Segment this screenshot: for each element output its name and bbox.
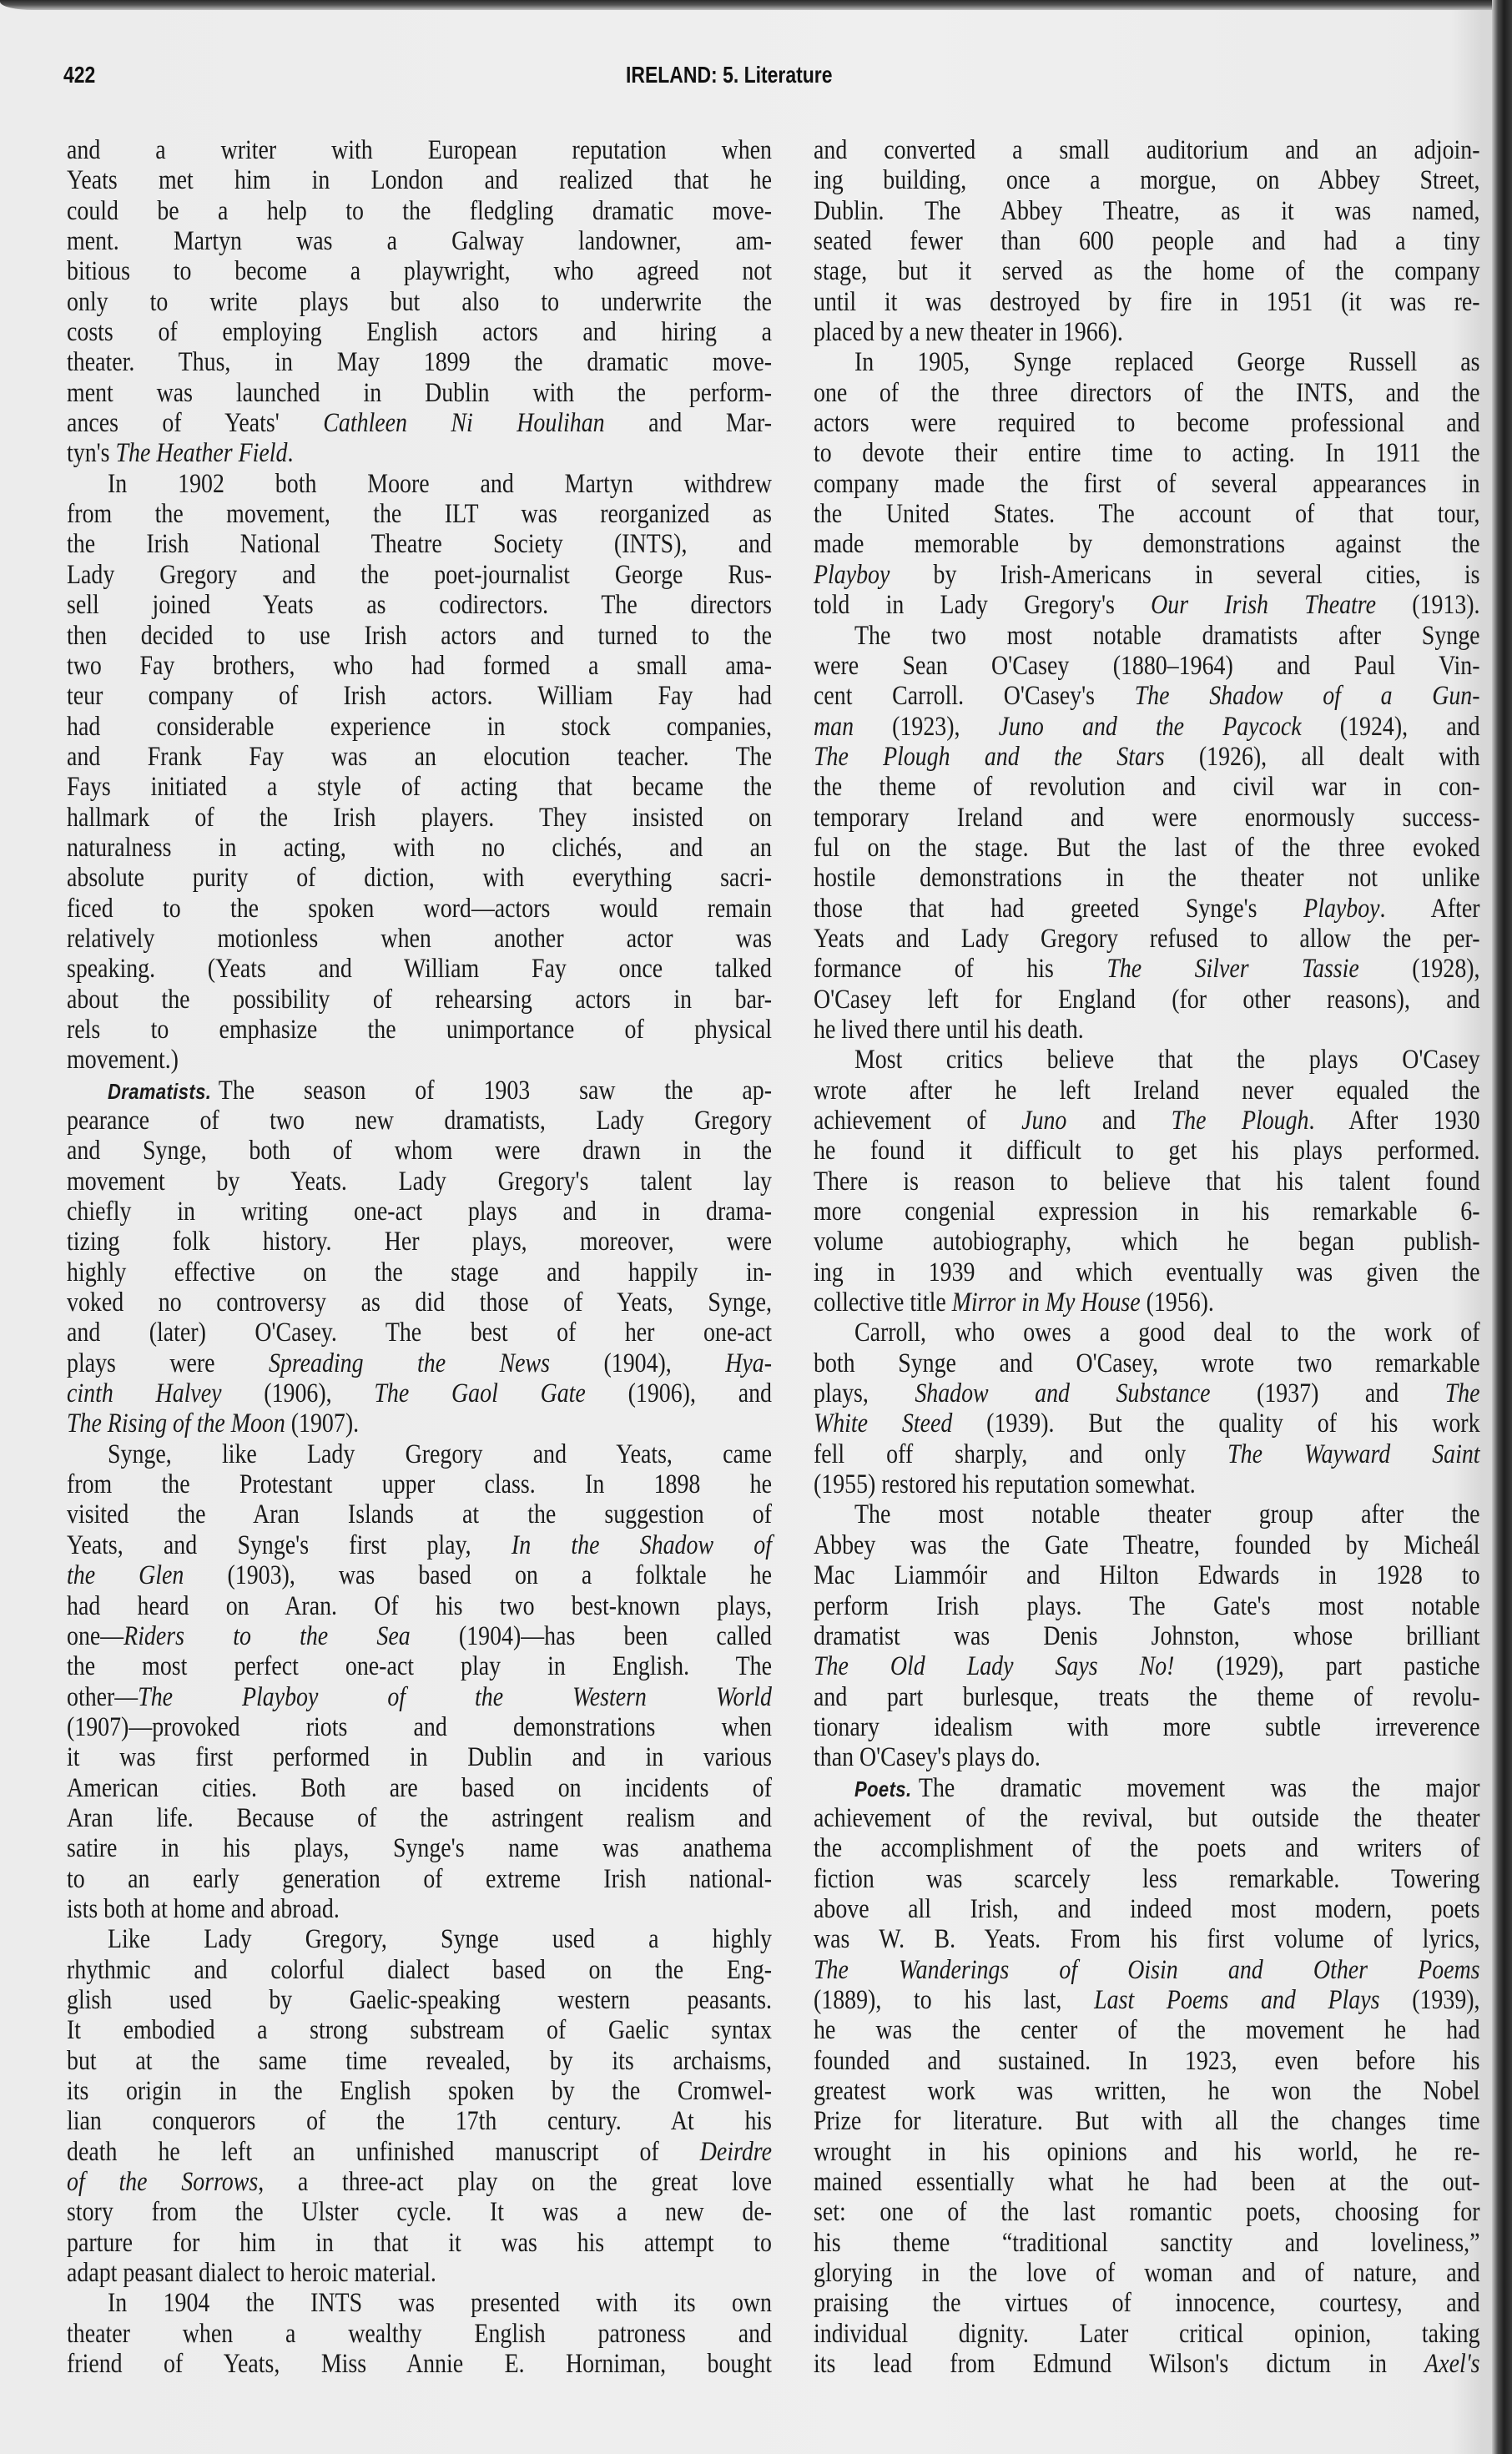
- text-line: tizing folk history. Her plays, moreover…: [67, 1227, 772, 1257]
- text-line: and Synge, both of whom were drawn in th…: [67, 1136, 772, 1166]
- text-line: hostile demonstrations in the theater no…: [814, 863, 1480, 893]
- text-line: and converted a small auditorium and an …: [814, 135, 1480, 165]
- text-line: It embodied a strong substream of Gaelic…: [67, 2015, 772, 2045]
- text-run: other—: [67, 1682, 138, 1712]
- text-line: formance of his The Silver Tassie (1928)…: [814, 954, 1480, 984]
- text-run: ment. Martyn was a Galway landowner, am-: [67, 226, 772, 256]
- text-line: glish used by Gaelic-speaking western pe…: [67, 1985, 772, 2015]
- text-line: made memorable by demonstrations against…: [814, 529, 1480, 559]
- text-line: plays were Spreading the News (1904), Hy…: [67, 1348, 772, 1378]
- text-line: theater. Thus, in May 1899 the dramatic …: [67, 347, 772, 377]
- text-run: The most notable theater group after the: [854, 1499, 1480, 1529]
- italic-title: Playboy: [1303, 894, 1379, 924]
- text-line: ing building, once a morgue, on Abbey St…: [814, 165, 1480, 195]
- text-run: tionary idealism with more subtle irreve…: [814, 1712, 1480, 1742]
- text-run: he lived there until his death.: [814, 1015, 1084, 1045]
- italic-title: The: [1445, 1378, 1480, 1408]
- italic-title: Mirror in My House: [952, 1287, 1141, 1318]
- text-run: achievement of the revival, but outside …: [814, 1803, 1480, 1833]
- text-line: hallmark of the Irish players. They insi…: [67, 803, 772, 833]
- text-line: theater when a wealthy English patroness…: [67, 2319, 772, 2349]
- text-line: glorying in the love of woman and of nat…: [814, 2258, 1480, 2288]
- text-line: movement by Yeats. Lady Gregory's talent…: [67, 1167, 772, 1197]
- text-run: (1926), all dealt with: [1165, 742, 1480, 772]
- text-run: his theme “traditional sanctity and love…: [814, 2228, 1480, 2258]
- text-line: above all Irish, and indeed most modern,…: [814, 1894, 1480, 1924]
- text-line: the Irish National Theatre Society (INTS…: [67, 529, 772, 559]
- text-run: visited the Aran Islands at the suggesti…: [67, 1499, 772, 1529]
- italic-title: Last Poems and Plays: [1094, 1985, 1379, 2015]
- text-line: stage, but it served as the home of the …: [814, 256, 1480, 286]
- text-line: of the Sorrows, a three-act play on the …: [67, 2167, 772, 2197]
- text-run: sell joined Yeats as codirectors. The di…: [67, 590, 772, 620]
- text-line: told in Lady Gregory's Our Irish Theatre…: [814, 590, 1480, 620]
- text-line: ficed to the spoken word—actors would re…: [67, 894, 772, 924]
- italic-title: The Shadow of a Gun-: [1135, 681, 1480, 711]
- italic-title: The Old Lady Says No!: [814, 1651, 1174, 1681]
- italic-title: Riders to the Sea: [123, 1621, 411, 1651]
- text-run: story from the Ulster cycle. It was a ne…: [67, 2197, 772, 2227]
- text-run: death he left an unfinished manuscript o…: [67, 2137, 700, 2167]
- text-run: had considerable experience in stock com…: [67, 712, 772, 742]
- text-line: tionary idealism with more subtle irreve…: [814, 1712, 1480, 1742]
- text-run: wrought in his opinions and his world, h…: [814, 2137, 1480, 2167]
- italic-title: of the Sorrows: [67, 2167, 258, 2197]
- text-line: he lived there until his death.: [814, 1015, 1480, 1045]
- text-run: Prize for literature. But with all the c…: [814, 2106, 1480, 2136]
- text-line: the most perfect one-act play in English…: [67, 1651, 772, 1681]
- text-run: chiefly in writing one-act plays and in …: [67, 1197, 772, 1227]
- text-line: one of the three directors of the INTS, …: [814, 378, 1480, 408]
- text-run: tyn's: [67, 438, 115, 468]
- text-run: and Frank Fay was an elocution teacher. …: [67, 742, 772, 772]
- text-run: American cities. Both are based on incid…: [67, 1773, 772, 1803]
- text-line: In 1902 both Moore and Martyn withdrew: [67, 469, 772, 499]
- text-line: his theme “traditional sanctity and love…: [814, 2228, 1480, 2258]
- text-line: (1889), to his last, Last Poems and Play…: [814, 1985, 1480, 2015]
- text-run: perform Irish plays. The Gate's most not…: [814, 1591, 1480, 1621]
- text-run: glish used by Gaelic-speaking western pe…: [67, 1985, 772, 2015]
- text-run: tizing folk history. Her plays, moreover…: [67, 1227, 772, 1257]
- text-line: to devote their entire time to acting. I…: [814, 438, 1480, 468]
- text-run: wrote after he left Ireland never equale…: [814, 1076, 1480, 1106]
- text-run: costs of employing English actors and hi…: [67, 317, 772, 347]
- text-run: In 1904 the INTS was presented with its …: [108, 2288, 772, 2318]
- text-run: formance of his: [814, 954, 1106, 984]
- text-run: one—: [67, 1621, 123, 1651]
- text-run: made memorable by demonstrations against…: [814, 529, 1480, 559]
- text-run: Fays initiated a style of acting that be…: [67, 772, 772, 802]
- text-line: O'Casey left for England (for other reas…: [814, 985, 1480, 1015]
- text-line: fiction was scarcely less remarkable. To…: [814, 1864, 1480, 1894]
- text-line: In 1904 the INTS was presented with its …: [67, 2288, 772, 2318]
- text-run: the theme of revolution and civil war in…: [814, 772, 1480, 802]
- text-line: then decided to use Irish actors and tur…: [67, 621, 772, 651]
- text-line: naturalness in acting, with no clichés, …: [67, 833, 772, 863]
- text-run: mained essentially what he had been at t…: [814, 2167, 1480, 2197]
- text-run: the Irish National Theatre Society (INTS…: [67, 529, 772, 559]
- text-run: had heard on Aran. Of his two best-known…: [67, 1591, 772, 1621]
- text-line: plays, Shadow and Substance (1937) and T…: [814, 1378, 1480, 1408]
- text-line: placed by a new theater in 1966).: [814, 317, 1480, 347]
- text-line: (1955) restored his reputation somewhat.: [814, 1469, 1480, 1499]
- section-heading: Poets.: [854, 1776, 911, 1801]
- text-run: Lady Gregory and the poet-journalist Geo…: [67, 560, 772, 590]
- left-column: and a writer with European reputation wh…: [67, 135, 772, 2379]
- text-run: were Sean O'Casey (1880–1964) and Paul V…: [814, 651, 1480, 681]
- text-line: Fays initiated a style of acting that be…: [67, 772, 772, 802]
- text-run: (1929), part pastiche: [1174, 1651, 1479, 1681]
- page-header: 422 IRELAND: 5. Literature: [0, 57, 1512, 93]
- italic-title: The Heather Field: [115, 438, 287, 468]
- text-line: relatively motionless when another actor…: [67, 924, 772, 954]
- text-line: he found it difficult to get his plays p…: [814, 1136, 1480, 1166]
- text-run: hostile demonstrations in the theater no…: [814, 863, 1480, 893]
- text-line: The two most notable dramatists after Sy…: [814, 621, 1480, 651]
- italic-title: The Silver Tassie: [1106, 954, 1358, 984]
- text-line: the Glen (1903), was based on a folktale…: [67, 1560, 772, 1590]
- text-line: Abbey was the Gate Theatre, founded by M…: [814, 1530, 1480, 1560]
- text-run: than O'Casey's plays do.: [814, 1742, 1041, 1772]
- text-run: (1928),: [1359, 954, 1480, 984]
- italic-title: Juno and the Paycock: [999, 712, 1302, 742]
- text-run: temporary Ireland and were enormously su…: [814, 803, 1480, 833]
- text-run: (1907).: [285, 1408, 359, 1439]
- italic-title: Cathleen Ni Houlihan: [323, 408, 604, 438]
- text-line: American cities. Both are based on incid…: [67, 1773, 772, 1803]
- text-run: was W. B. Yeats. From his first volume o…: [814, 1924, 1480, 1954]
- text-run: and part burlesque, treats the theme of …: [814, 1682, 1480, 1712]
- text-run: cent Carroll. O'Casey's: [814, 681, 1135, 711]
- text-line: and a writer with European reputation wh…: [67, 135, 772, 165]
- italic-title: The Playboy of the Western World: [138, 1682, 772, 1712]
- italic-title: Shadow and Substance: [915, 1378, 1210, 1408]
- text-run: O'Casey left for England (for other reas…: [814, 985, 1480, 1015]
- text-run: Yeats, and Synge's first play,: [67, 1530, 512, 1560]
- text-line: achievement of the revival, but outside …: [814, 1803, 1480, 1833]
- text-line: until it was destroyed by fire in 1951 (…: [814, 287, 1480, 317]
- text-run: from the movement, the ILT was reorganiz…: [67, 499, 772, 529]
- text-line: and (later) O'Casey. The best of her one…: [67, 1318, 772, 1348]
- text-run: theater when a wealthy English patroness…: [67, 2319, 772, 2349]
- text-run: friend of Yeats, Miss Annie E. Horniman,…: [67, 2349, 772, 2379]
- italic-title: Our Irish Theatre: [1151, 590, 1376, 620]
- text-line: and part burlesque, treats the theme of …: [814, 1682, 1480, 1712]
- text-line: Poets.The dramatic movement was the majo…: [814, 1773, 1480, 1803]
- text-line: individual dignity. Later critical opini…: [814, 2319, 1480, 2349]
- text-run: Yeats met him in London and realized tha…: [67, 165, 772, 195]
- text-run: by Irish-Americans in several cities, is: [890, 560, 1479, 590]
- text-line: costs of employing English actors and hi…: [67, 317, 772, 347]
- italic-title: The Plough and the Stars: [814, 742, 1165, 772]
- text-run: satire in his plays, Synge's name was an…: [67, 1833, 772, 1863]
- text-run: Like Lady Gregory, Synge used a highly: [108, 1924, 772, 1954]
- text-run: individual dignity. Later critical opini…: [814, 2319, 1480, 2349]
- text-run: company made the first of several appear…: [814, 469, 1480, 499]
- text-line: ing in 1939 and which eventually was giv…: [814, 1257, 1480, 1287]
- text-run: volume autobiography, which he began pub…: [814, 1227, 1480, 1257]
- text-run: praising the virtues of innocence, court…: [814, 2288, 1480, 2318]
- text-line: adapt peasant dialect to heroic material…: [67, 2258, 772, 2288]
- text-run: one of the three directors of the INTS, …: [814, 378, 1480, 408]
- text-run: its lead from Edmund Wilson's dictum in: [814, 2349, 1424, 2379]
- text-run: he found it difficult to get his plays p…: [814, 1136, 1480, 1166]
- text-line: ances of Yeats' Cathleen Ni Houlihan and…: [67, 408, 772, 438]
- text-run: ful on the stage. But the last of the th…: [814, 833, 1480, 863]
- text-run: the most perfect one-act play in English…: [67, 1651, 772, 1681]
- text-run: about the possibility of rehearsing acto…: [67, 985, 772, 1015]
- page-top-edge-shadow: [0, 0, 1512, 10]
- text-run: (1906), and: [586, 1378, 772, 1408]
- text-run: to devote their entire time to acting. I…: [814, 438, 1480, 468]
- text-run: naturalness in acting, with no clichés, …: [67, 833, 772, 863]
- italic-title: Hya-: [725, 1348, 772, 1378]
- text-line: highly effective on the stage and happil…: [67, 1257, 772, 1287]
- text-run: fiction was scarcely less remarkable. To…: [814, 1864, 1480, 1894]
- text-line: Carroll, who owes a good deal to the wor…: [814, 1318, 1480, 1348]
- text-run: Aran life. Because of the astringent rea…: [67, 1803, 772, 1833]
- text-run: only to write plays but also to underwri…: [67, 287, 772, 317]
- text-line: from the movement, the ILT was reorganiz…: [67, 499, 772, 529]
- text-run: .: [287, 438, 293, 468]
- text-line: Yeats and Lady Gregory refused to allow …: [814, 924, 1480, 954]
- text-line: movement.): [67, 1045, 772, 1075]
- text-run: ances of Yeats': [67, 408, 323, 438]
- right-column: and converted a small auditorium and an …: [814, 135, 1480, 2379]
- text-line: but at the same time revealed, by its ar…: [67, 2046, 772, 2076]
- italic-title: The Plough: [1172, 1106, 1309, 1136]
- italic-title: man: [814, 712, 854, 742]
- text-run: could be a help to the fledgling dramati…: [67, 196, 772, 226]
- text-run: stage, but it served as the home of the …: [814, 256, 1480, 286]
- text-line: Prize for literature. But with all the c…: [814, 2106, 1480, 2136]
- text-line: founded and sustained. In 1923, even bef…: [814, 2046, 1480, 2076]
- italic-title: Axel's: [1424, 2349, 1479, 2379]
- text-run: and Synge, both of whom were drawn in th…: [67, 1136, 772, 1166]
- text-run: (1955) restored his reputation somewhat.: [814, 1469, 1196, 1499]
- text-line: story from the Ulster cycle. It was a ne…: [67, 2197, 772, 2227]
- text-line: seated fewer than 600 people and had a t…: [814, 226, 1480, 256]
- text-line: temporary Ireland and were enormously su…: [814, 803, 1480, 833]
- italic-title: The Gaol Gate: [374, 1378, 585, 1408]
- text-run: from the Protestant upper class. In 1898…: [67, 1469, 772, 1499]
- text-line: rhythmic and colorful dialect based on t…: [67, 1955, 772, 1985]
- text-run: (1904),: [550, 1348, 725, 1378]
- text-line: There is reason to believe that his tale…: [814, 1167, 1480, 1197]
- text-run: founded and sustained. In 1923, even bef…: [814, 2046, 1480, 2076]
- text-run: placed by a new theater in 1966).: [814, 317, 1123, 347]
- italic-title: The Rising of the Moon: [67, 1408, 285, 1439]
- text-run: Yeats and Lady Gregory refused to allow …: [814, 924, 1480, 954]
- italic-title: cinth Halvey: [67, 1378, 222, 1408]
- text-run: relatively motionless when another actor…: [67, 924, 772, 954]
- text-run: teur company of Irish actors. William Fa…: [67, 681, 772, 711]
- text-run: (1924), and: [1302, 712, 1480, 742]
- text-line: bitious to become a playwright, who agre…: [67, 256, 772, 286]
- text-line: death he left an unfinished manuscript o…: [67, 2137, 772, 2167]
- text-run: Abbey was the Gate Theatre, founded by M…: [814, 1530, 1480, 1560]
- text-run: Mac Liammóir and Hilton Edwards in 1928 …: [814, 1560, 1480, 1590]
- text-line: parture for him in that it was his attem…: [67, 2228, 772, 2258]
- text-line: he was the center of the movement he had: [814, 2015, 1480, 2045]
- text-line: man (1923), Juno and the Paycock (1924),…: [814, 712, 1480, 742]
- text-run: but at the same time revealed, by its ar…: [67, 2046, 772, 2076]
- text-line: ment was launched in Dublin with the per…: [67, 378, 772, 408]
- text-line: had heard on Aran. Of his two best-known…: [67, 1591, 772, 1621]
- text-line: its origin in the English spoken by the …: [67, 2076, 772, 2106]
- text-line: the accomplishment of the poets and writ…: [814, 1833, 1480, 1863]
- text-run: the United States. The account of that t…: [814, 499, 1480, 529]
- text-line: tyn's The Heather Field.: [67, 438, 772, 468]
- text-line: it was first performed in Dublin and in …: [67, 1742, 772, 1772]
- text-line: rels to emphasize the unimportance of ph…: [67, 1015, 772, 1045]
- text-run: (1903), was based on a folktale he: [184, 1560, 772, 1590]
- text-line: actors were required to become professio…: [814, 408, 1480, 438]
- text-run: The season of 1903 saw the ap-: [219, 1076, 772, 1106]
- text-line: chiefly in writing one-act plays and in …: [67, 1197, 772, 1227]
- text-line: than O'Casey's plays do.: [814, 1742, 1480, 1772]
- text-run: . After: [1380, 894, 1480, 924]
- text-run: and Mar-: [605, 408, 772, 438]
- text-line: achievement of Juno and The Plough. Afte…: [814, 1106, 1480, 1136]
- text-line: The Wanderings of Oisin and Other Poems: [814, 1955, 1480, 1985]
- text-run: achievement of: [814, 1106, 1021, 1136]
- text-run: and converted a small auditorium and an …: [814, 135, 1480, 165]
- text-line: Playboy by Irish-Americans in several ci…: [814, 560, 1480, 590]
- text-run: speaking. (Yeats and William Fay once ta…: [67, 954, 772, 984]
- text-line: mained essentially what he had been at t…: [814, 2167, 1480, 2197]
- text-line: other—The Playboy of the Western World: [67, 1682, 772, 1712]
- text-line: The Plough and the Stars (1926), all dea…: [814, 742, 1480, 772]
- text-run: Dublin. The Abbey Theatre, as it was nam…: [814, 196, 1480, 226]
- text-line: speaking. (Yeats and William Fay once ta…: [67, 954, 772, 984]
- text-run: it was first performed in Dublin and in …: [67, 1742, 772, 1772]
- text-run: those that had greeted Synge's: [814, 894, 1303, 924]
- text-run: until it was destroyed by fire in 1951 (…: [814, 287, 1480, 317]
- text-run: rels to emphasize the unimportance of ph…: [67, 1015, 772, 1045]
- italic-title: In the Shadow of: [512, 1530, 772, 1560]
- italic-title: Playboy: [814, 560, 890, 590]
- text-line: Mac Liammóir and Hilton Edwards in 1928 …: [814, 1560, 1480, 1590]
- text-line: from the Protestant upper class. In 1898…: [67, 1469, 772, 1499]
- text-run: told in Lady Gregory's: [814, 590, 1151, 620]
- text-run: its origin in the English spoken by the …: [67, 2076, 772, 2106]
- italic-title: Spreading the News: [269, 1348, 550, 1378]
- text-line: its lead from Edmund Wilson's dictum in …: [814, 2349, 1480, 2379]
- text-run: The dramatic movement was the major: [919, 1773, 1480, 1803]
- text-run: (1907)—provoked riots and demonstrations…: [67, 1712, 772, 1742]
- book-page: 422 IRELAND: 5. Literature and a writer …: [0, 0, 1512, 2454]
- page-number: 422: [63, 62, 95, 88]
- text-line: cinth Halvey (1906), The Gaol Gate (1906…: [67, 1378, 772, 1408]
- text-run: There is reason to believe that his tale…: [814, 1167, 1480, 1197]
- text-line: two Fay brothers, who had formed a small…: [67, 651, 772, 681]
- text-run: collective title: [814, 1287, 952, 1318]
- text-line: company made the first of several appear…: [814, 469, 1480, 499]
- text-line: more congenial expression in his remarka…: [814, 1197, 1480, 1227]
- text-line: ful on the stage. But the last of the th…: [814, 833, 1480, 863]
- italic-title: White Steed: [814, 1408, 952, 1439]
- text-run: rhythmic and colorful dialect based on t…: [67, 1955, 772, 1985]
- text-run: The two most notable dramatists after Sy…: [854, 621, 1480, 651]
- text-run: to an early generation of extreme Irish …: [67, 1864, 772, 1894]
- text-run: (1906),: [222, 1378, 375, 1408]
- text-run: actors were required to become professio…: [814, 408, 1480, 438]
- text-run: (1904)—has been called: [411, 1621, 772, 1651]
- text-line: those that had greeted Synge's Playboy. …: [814, 894, 1480, 924]
- text-run: (1889), to his last,: [814, 1985, 1094, 2015]
- text-line: was W. B. Yeats. From his first volume o…: [814, 1924, 1480, 1954]
- text-line: The Old Lady Says No! (1929), part pasti…: [814, 1651, 1480, 1681]
- text-line: Aran life. Because of the astringent rea…: [67, 1803, 772, 1833]
- text-line: had considerable experience in stock com…: [67, 712, 772, 742]
- text-line: about the possibility of rehearsing acto…: [67, 985, 772, 1015]
- text-line: Lady Gregory and the poet-journalist Geo…: [67, 560, 772, 590]
- text-line: White Steed (1939). But the quality of h…: [814, 1408, 1480, 1439]
- text-run: fell off sharply, and only: [814, 1439, 1227, 1469]
- text-run: plays,: [814, 1378, 915, 1408]
- text-line: (1907)—provoked riots and demonstrations…: [67, 1712, 772, 1742]
- text-run: both Synge and O'Casey, wrote two remark…: [814, 1348, 1480, 1378]
- text-run: bitious to become a playwright, who agre…: [67, 256, 772, 286]
- text-run: set: one of the last romantic poets, cho…: [814, 2197, 1480, 2227]
- text-line: volume autobiography, which he began pub…: [814, 1227, 1480, 1257]
- text-line: collective title Mirror in My House (195…: [814, 1287, 1480, 1318]
- text-run: movement.): [67, 1045, 179, 1075]
- text-run: theater. Thus, in May 1899 the dramatic …: [67, 347, 772, 377]
- text-run: adapt peasant dialect to heroic material…: [67, 2258, 436, 2288]
- text-line: The Rising of the Moon (1907).: [67, 1408, 772, 1439]
- text-line: ists both at home and abroad.: [67, 1894, 772, 1924]
- text-run: the accomplishment of the poets and writ…: [814, 1833, 1480, 1863]
- text-run: he was the center of the movement he had: [814, 2015, 1480, 2045]
- text-run: Synge, like Lady Gregory and Yeats, came: [108, 1439, 772, 1469]
- italic-title: the Glen: [67, 1560, 184, 1590]
- text-run: , a three-act play on the great love: [258, 2167, 772, 2197]
- text-run: more congenial expression in his remarka…: [814, 1197, 1480, 1227]
- text-run: . After 1930: [1308, 1106, 1479, 1136]
- text-run: ists both at home and abroad.: [67, 1894, 340, 1924]
- text-line: Synge, like Lady Gregory and Yeats, came: [67, 1439, 772, 1469]
- text-run: and (later) O'Casey. The best of her one…: [67, 1318, 772, 1348]
- text-run: then decided to use Irish actors and tur…: [67, 621, 772, 651]
- text-line: only to write plays but also to underwri…: [67, 287, 772, 317]
- text-run: ing building, once a morgue, on Abbey St…: [814, 165, 1480, 195]
- text-line: both Synge and O'Casey, wrote two remark…: [814, 1348, 1480, 1378]
- text-line: to an early generation of extreme Irish …: [67, 1864, 772, 1894]
- italic-title: The Wayward Saint: [1227, 1439, 1479, 1469]
- text-line: The most notable theater group after the: [814, 1499, 1480, 1529]
- text-run: ficed to the spoken word—actors would re…: [67, 894, 772, 924]
- text-run: It embodied a strong substream of Gaelic…: [67, 2015, 772, 2045]
- text-line: cent Carroll. O'Casey's The Shadow of a …: [814, 681, 1480, 711]
- text-line: absolute purity of diction, with everyth…: [67, 863, 772, 893]
- text-run: Carroll, who owes a good deal to the wor…: [854, 1318, 1480, 1348]
- text-line: voked no controversy as did those of Yea…: [67, 1287, 772, 1318]
- italic-title: Juno: [1021, 1106, 1066, 1136]
- text-line: teur company of Irish actors. William Fa…: [67, 681, 772, 711]
- text-run: Most critics believe that the plays O'Ca…: [854, 1045, 1480, 1075]
- text-line: Like Lady Gregory, Synge used a highly: [67, 1924, 772, 1954]
- text-line: lian conquerors of the 17th century. At …: [67, 2106, 772, 2136]
- text-run: movement by Yeats. Lady Gregory's talent…: [67, 1167, 772, 1197]
- text-run: hallmark of the Irish players. They insi…: [67, 803, 772, 833]
- text-run: In 1905, Synge replaced George Russell a…: [854, 347, 1480, 377]
- text-run: plays were: [67, 1348, 269, 1378]
- text-run: ing in 1939 and which eventually was giv…: [814, 1257, 1480, 1287]
- text-run: and: [1066, 1106, 1171, 1136]
- text-line: greatest work was written, he won the No…: [814, 2076, 1480, 2106]
